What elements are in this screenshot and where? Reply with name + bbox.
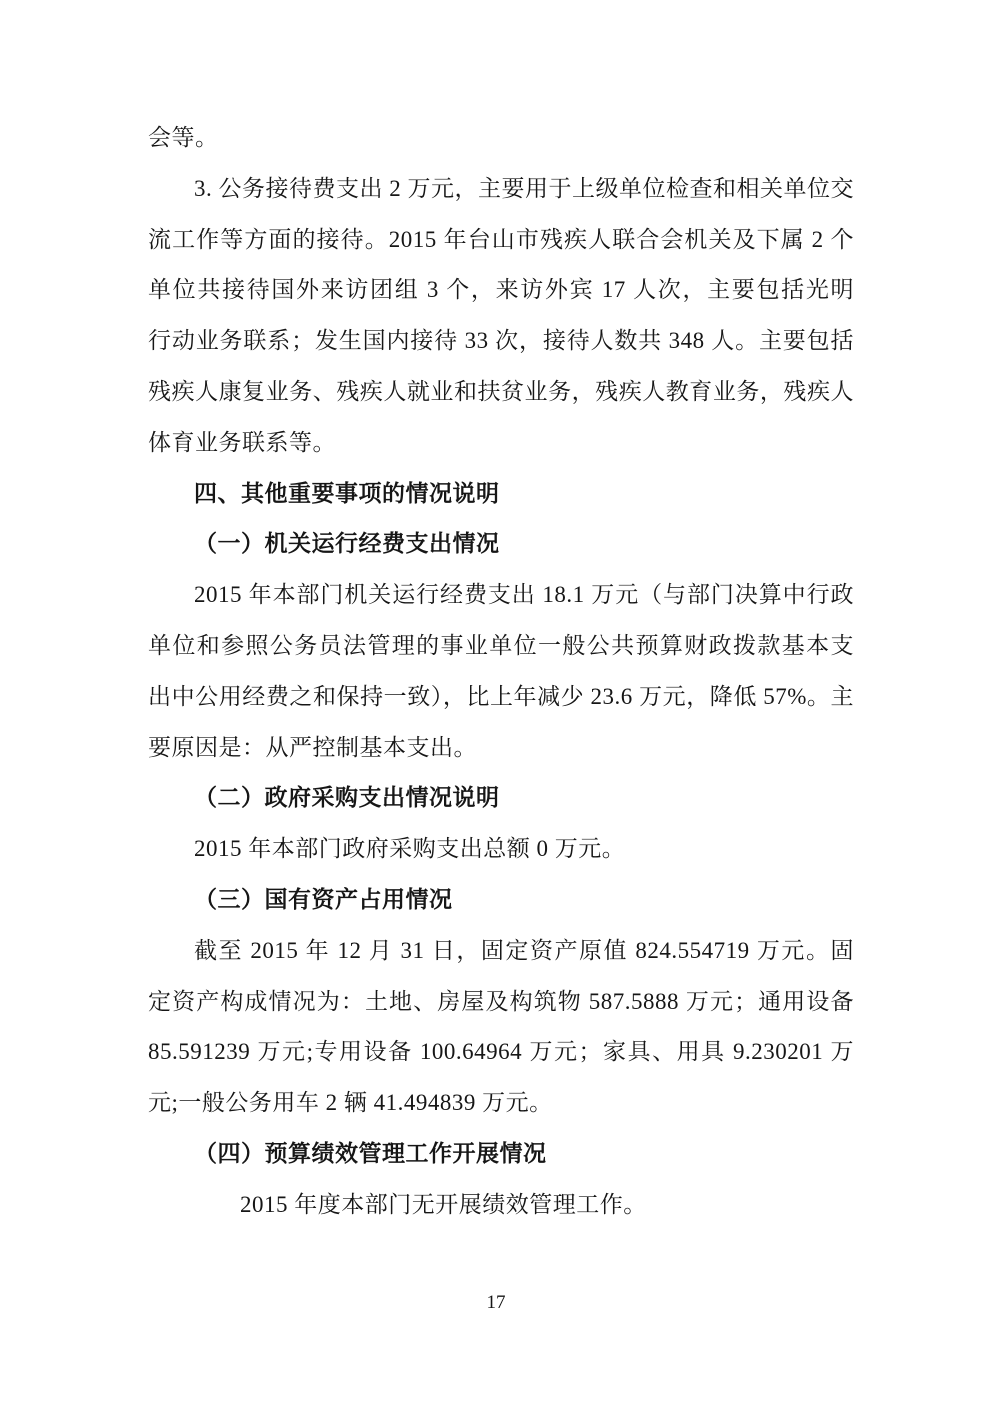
text-line: 定资产构成情况为：土地、房屋及构筑物 587.5888 万元；通用设备	[148, 977, 854, 1028]
para-meetings-tail: 会等。	[148, 113, 854, 164]
text-line: 会等。	[148, 113, 854, 164]
text-line: 流工作等方面的接待。2015 年台山市残疾人联合会机关及下属 2 个	[148, 215, 854, 266]
text-line: 体育业务联系等。	[148, 418, 854, 469]
text-line: （三）国有资产占用情况	[148, 875, 854, 926]
page-footer: 17	[0, 1292, 992, 1314]
text-line: 单位和参照公务员法管理的事业单位一般公共预算财政拨款基本支	[148, 621, 854, 672]
text-line: 元;一般公务用车 2 辆 41.494839 万元。	[148, 1078, 854, 1129]
page-number: 17	[487, 1292, 506, 1313]
text-line: （二）政府采购支出情况说明	[148, 773, 854, 824]
text-line: 截至 2015 年 12 月 31 日，固定资产原值 824.554719 万元…	[148, 926, 854, 977]
text-line: 2015 年度本部门无开展绩效管理工作。	[148, 1180, 854, 1231]
text-line: 单位共接待国外来访团组 3 个，来访外宾 17 人次，主要包括光明	[148, 265, 854, 316]
document-page: 会等。3. 公务接待费支出 2 万元，主要用于上级单位检查和相关单位交流工作等方…	[0, 0, 992, 1403]
text-line: 行动业务联系；发生国内接待 33 次，接待人数共 348 人。主要包括	[148, 316, 854, 367]
heading-subsection-three: （三）国有资产占用情况	[148, 875, 854, 926]
text-line: 四、其他重要事项的情况说明	[148, 469, 854, 520]
text-line: 3. 公务接待费支出 2 万元，主要用于上级单位检查和相关单位交	[148, 164, 854, 215]
text-line: 85.591239 万元;专用设备 100.64964 万元；家具、用具 9.2…	[148, 1027, 854, 1078]
text-line: （一）机关运行经费支出情况	[148, 519, 854, 570]
heading-section-four: 四、其他重要事项的情况说明	[148, 469, 854, 520]
para-performance-management: 2015 年度本部门无开展绩效管理工作。	[148, 1180, 854, 1231]
heading-subsection-one: （一）机关运行经费支出情况	[148, 519, 854, 570]
text-line: 2015 年本部门政府采购支出总额 0 万元。	[148, 824, 854, 875]
document-content: 会等。3. 公务接待费支出 2 万元，主要用于上级单位检查和相关单位交流工作等方…	[148, 113, 854, 1231]
text-line: 残疾人康复业务、残疾人就业和扶贫业务，残疾人教育业务，残疾人	[148, 367, 854, 418]
para-procurement: 2015 年本部门政府采购支出总额 0 万元。	[148, 824, 854, 875]
heading-subsection-four: （四）预算绩效管理工作开展情况	[148, 1129, 854, 1180]
text-line: （四）预算绩效管理工作开展情况	[148, 1129, 854, 1180]
para-operating-expenses: 2015 年本部门机关运行经费支出 18.1 万元（与部门决算中行政单位和参照公…	[148, 570, 854, 773]
para-official-reception: 3. 公务接待费支出 2 万元，主要用于上级单位检查和相关单位交流工作等方面的接…	[148, 164, 854, 469]
text-line: 2015 年本部门机关运行经费支出 18.1 万元（与部门决算中行政	[148, 570, 854, 621]
text-line: 出中公用经费之和保持一致），比上年减少 23.6 万元，降低 57%。主	[148, 672, 854, 723]
text-line: 要原因是：从严控制基本支出。	[148, 723, 854, 774]
heading-subsection-two: （二）政府采购支出情况说明	[148, 773, 854, 824]
para-state-assets: 截至 2015 年 12 月 31 日，固定资产原值 824.554719 万元…	[148, 926, 854, 1129]
